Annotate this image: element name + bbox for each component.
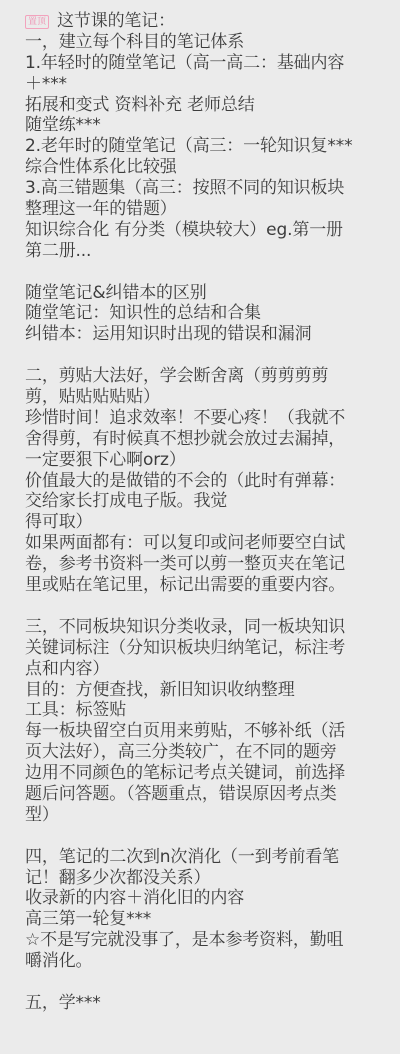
note-line: ＋*** — [25, 74, 395, 95]
note-line: 卷，参考书资料一类可以剪一整页夹在笔记 — [25, 554, 395, 575]
note-line: 随堂笔记&纠错本的区别 — [25, 283, 395, 304]
blank-line — [25, 826, 395, 847]
note-line: 价值最大的是做错的不会的（此时有弹幕： — [25, 471, 395, 492]
note-line: 纠错本：运用知识时出现的错误和漏洞 — [25, 324, 395, 345]
note-line: 随堂练*** — [25, 115, 395, 136]
note-line: 如果两面都有：可以复印或问老师要空白试 — [25, 533, 395, 554]
note-line: ☆不是写完就没事了，是本参考资料，勤咀 — [25, 930, 395, 951]
note-line: 随堂笔记：知识性的总结和合集 — [25, 303, 395, 324]
note-line: 得可取） — [25, 512, 395, 533]
note-body: 置顶这节课的笔记： 一，建立每个科目的笔记体系 1.年轻时的随堂笔记（高一高二：… — [25, 11, 395, 1014]
note-line: 目的：方便查找，新旧知识收纳整理 — [25, 680, 395, 701]
note-title-line: 置顶这节课的笔记： — [25, 11, 395, 32]
note-line: 1.年轻时的随堂笔记（高一高二：基础内容 — [25, 53, 395, 74]
note-line: 边用不同颜色的笔标记考点关键词，前选择 — [25, 763, 395, 784]
note-line: 四，笔记的二次到n次消化（一到考前看笔 — [25, 847, 395, 868]
note-line: 一，建立每个科目的笔记体系 — [25, 32, 395, 53]
note-line: 每一板块留空白页用来剪贴，不够补纸（活 — [25, 721, 395, 742]
note-line: 记！翻多少次都没关系） — [25, 868, 395, 889]
pin-badge: 置顶 — [25, 15, 49, 29]
note-line: 三，不同板块知识分类收录，同一板块知识 — [25, 617, 395, 638]
note-line: 剪，贴贴贴贴贴） — [25, 387, 395, 408]
blank-line — [25, 345, 395, 366]
note-line: 五，学*** — [25, 993, 395, 1014]
note-line: 收录新的内容＋消化旧的内容 — [25, 888, 395, 909]
note-line: 交给家长打成电子版。我觉 — [25, 491, 395, 512]
note-line: 3.高三错题集（高三：按照不同的知识板块 — [25, 178, 395, 199]
note-line: 2.老年时的随堂笔记（高三：一轮知识复*** — [25, 136, 395, 157]
note-line: 珍惜时间！追求效率！不要心疼！（我就不 — [25, 408, 395, 429]
note-line: 关键词标注（分知识板块归纳笔记，标注考 — [25, 638, 395, 659]
note-line: 嚼消化。 — [25, 951, 395, 972]
note-line: 点和内容） — [25, 659, 395, 680]
note-line: 题后问答题。（答题重点，错误原因考点类 — [25, 784, 395, 805]
note-line: 页大法好），高三分类较广，在不同的题旁 — [25, 742, 395, 763]
note-line: 工具：标签贴 — [25, 700, 395, 721]
blank-line — [25, 596, 395, 617]
note-line: 第二册... — [25, 241, 395, 262]
note-line: 知识综合化 有分类（模块较大）eg.第一册 — [25, 220, 395, 241]
note-line: 整理这一年的错题） — [25, 199, 395, 220]
note-line: 型） — [25, 805, 395, 826]
note-line: 综合性体系化比较强 — [25, 157, 395, 178]
note-line: 一定要狠下心啊orz） — [25, 450, 395, 471]
note-line: 拓展和变式 资料补充 老师总结 — [25, 95, 395, 116]
note-title: 这节课的笔记： — [57, 11, 175, 31]
blank-line — [25, 972, 395, 993]
note-line: 高三第一轮复*** — [25, 909, 395, 930]
note-line: 舍得剪，有时候真不想抄就会放过去漏掉， — [25, 429, 395, 450]
note-line: 里或贴在笔记里，标记出需要的重要内容。 — [25, 575, 395, 596]
note-line: 二，剪贴大法好，学会断舍离（剪剪剪剪 — [25, 366, 395, 387]
blank-line — [25, 262, 395, 283]
